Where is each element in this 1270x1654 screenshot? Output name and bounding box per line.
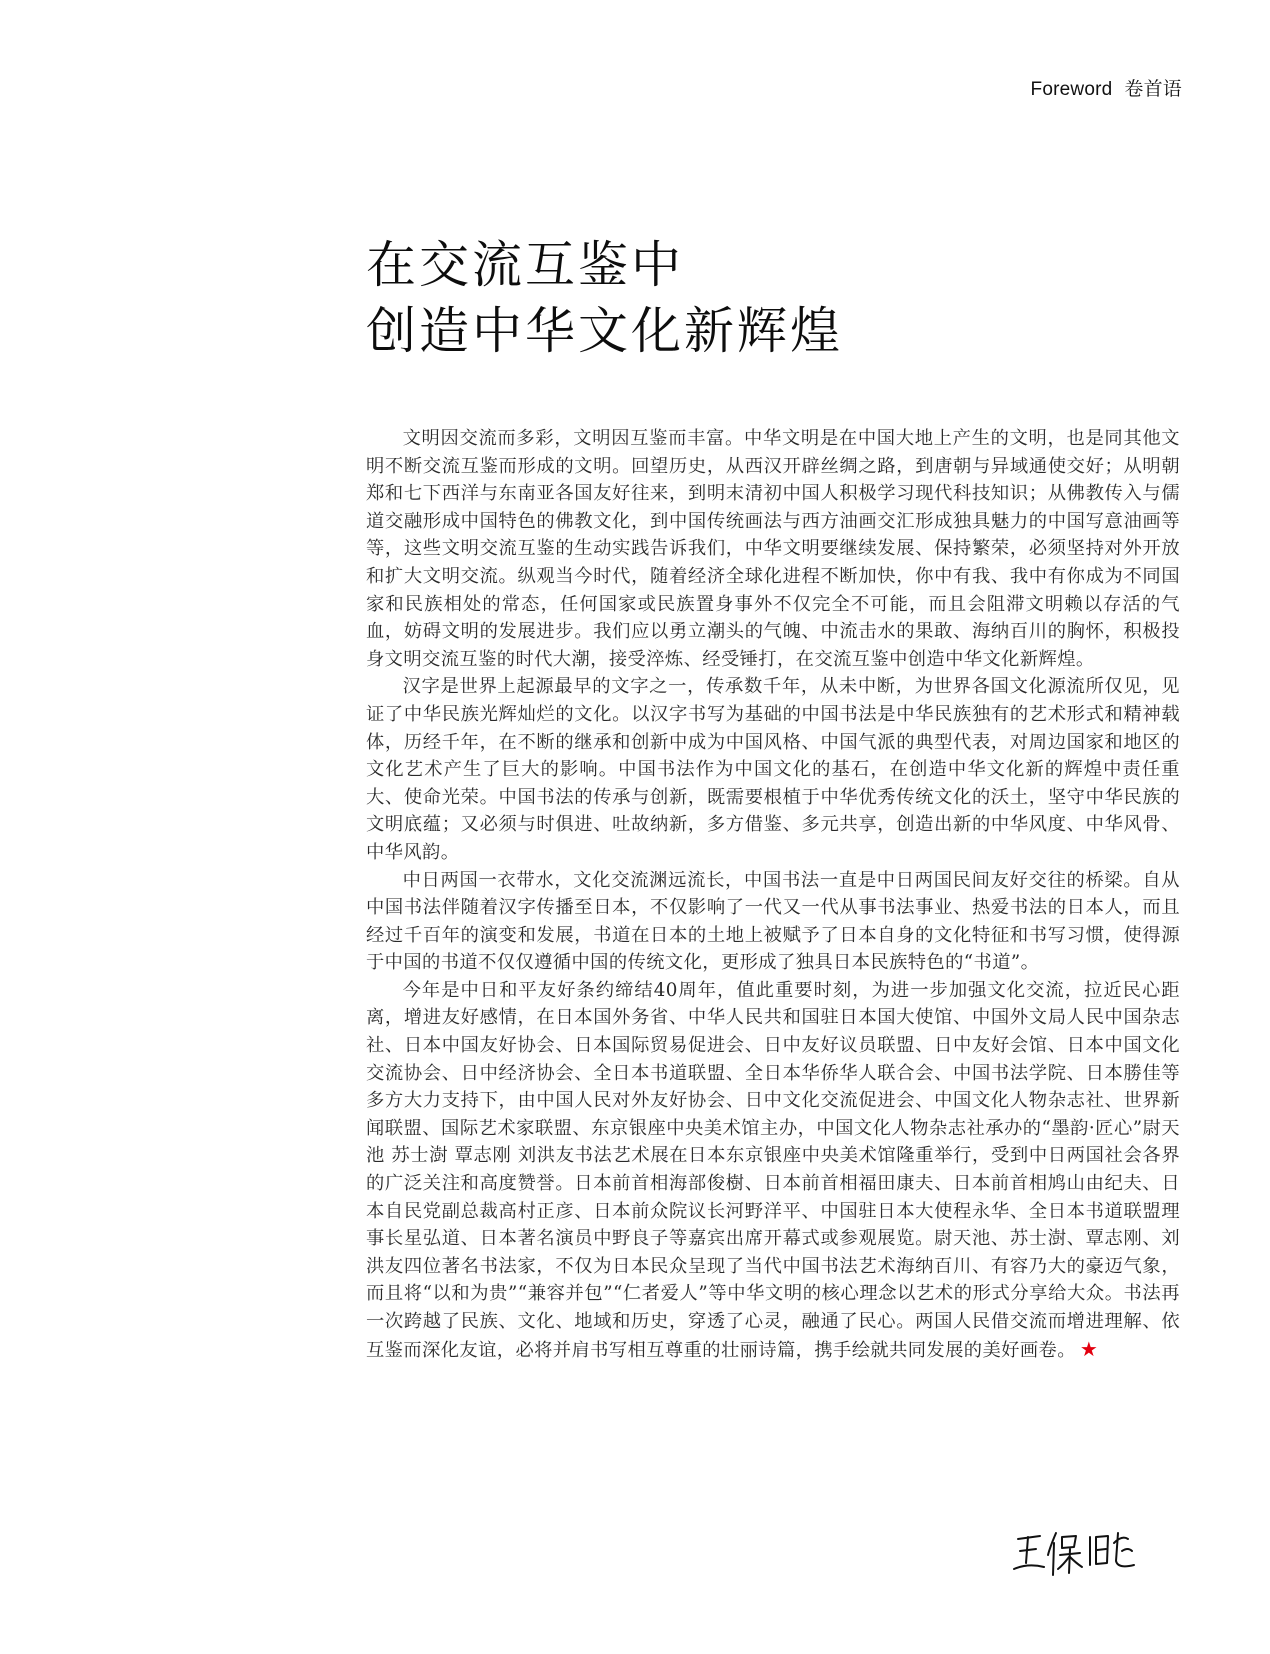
paragraph-4-text: 今年是中日和平友好条约缔结40周年，值此重要时刻，为进一步加强文化交流，拉近民心… <box>366 980 1180 1361</box>
section-label-en: Foreword <box>1031 79 1113 100</box>
end-star-icon: ★ <box>1080 1337 1098 1361</box>
running-header: Foreword卷首语 <box>1031 74 1182 101</box>
paragraph-1: 文明因交流而多彩，文明因互鉴而丰富。中华文明是在中国大地上产生的文明，也是同其他… <box>366 425 1180 673</box>
section-label-zh: 卷首语 <box>1124 79 1182 100</box>
article-body: 文明因交流而多彩，文明因互鉴而丰富。中华文明是在中国大地上产生的文明，也是同其他… <box>366 425 1180 1364</box>
handwritten-signature-icon <box>1010 1525 1140 1580</box>
paragraph-3: 中日两国一衣带水，文化交流渊远流长，中国书法一直是中日两国民间友好交往的桥梁。自… <box>366 867 1180 977</box>
article-title: 在交流互鉴中 创造中华文化新辉煌 <box>366 232 843 364</box>
title-line-2: 创造中华文化新辉煌 <box>366 298 843 364</box>
paragraph-2: 汉字是世界上起源最早的文字之一，传承数千年，从未中断，为世界各国文化源流所仅见，… <box>366 673 1180 866</box>
paragraph-4: 今年是中日和平友好条约缔结40周年，值此重要时刻，为进一步加强文化交流，拉近民心… <box>366 977 1180 1364</box>
title-line-1: 在交流互鉴中 <box>366 232 843 298</box>
